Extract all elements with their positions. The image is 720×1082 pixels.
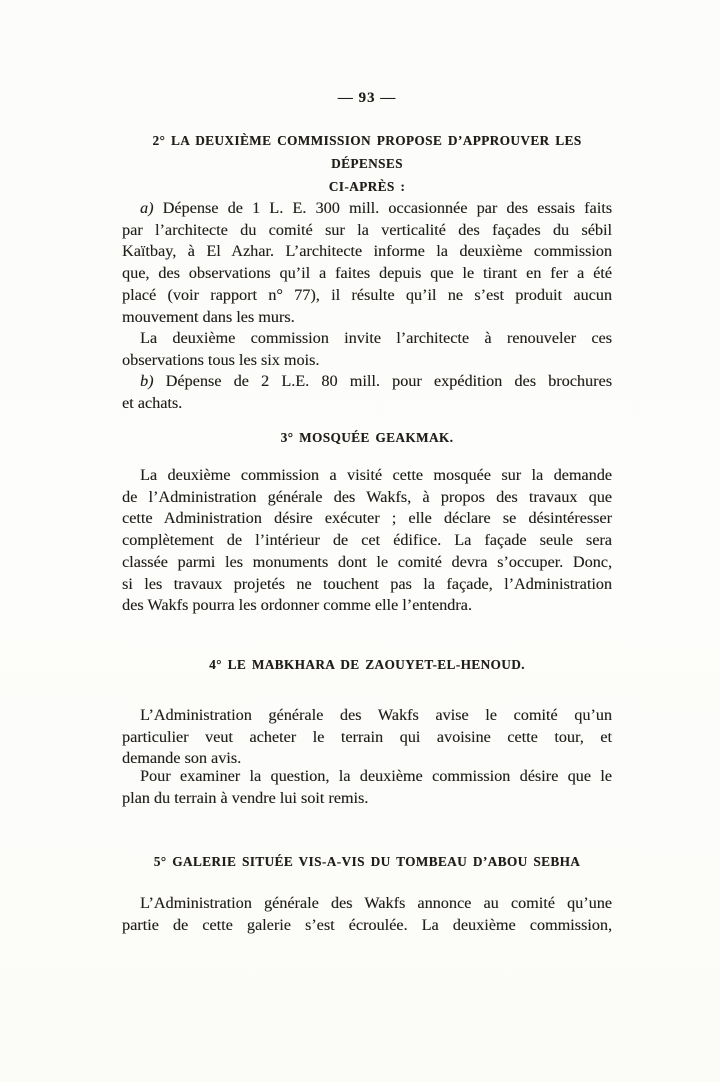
text-line: classée parmi les monuments dont le comi…: [122, 552, 612, 574]
text-line: particulier veut acheter le terrain qui …: [122, 727, 612, 749]
section-3-heading: 3° MOSQUÉE GEAKMAK.: [122, 426, 612, 449]
text-line: L’Administration générale des Wakfs anno…: [122, 893, 612, 915]
text-line: si les travaux projetés ne touchent pas …: [122, 574, 612, 596]
section-4-heading: 4° LE MABKHARA DE ZAOUYET-EL-HENOUD.: [122, 653, 612, 676]
text-line-rest: Dépense de 2 L.E. 80 mill. pour expéditi…: [153, 372, 612, 390]
paragraph-invite: La deuxième commission invite l’architec…: [122, 328, 612, 371]
item-marker-b: b): [140, 372, 153, 390]
text-line: des Wakfs pourra les ordonner comme elle…: [122, 595, 612, 617]
paragraph-galerie: L’Administration générale des Wakfs anno…: [122, 893, 612, 936]
paragraph-pour-examiner: Pour examiner la question, la deuxième c…: [122, 766, 612, 809]
text-line: mouvement dans les murs.: [122, 307, 612, 329]
text-line: placé (voir rapport n° 77), il résulte q…: [122, 285, 612, 307]
item-marker-a: a): [140, 199, 153, 217]
paragraph-mosquee: La deuxième commission a visité cette mo…: [122, 465, 612, 617]
text-line: que, des observations qu’il a faites dep…: [122, 263, 612, 285]
scanned-book-page: — 93 — 2° LA DEUXIÈME COMMISSION PROPOSE…: [0, 0, 720, 1082]
paragraph-item-a: a) Dépense de 1 L. E. 300 mill. occasion…: [122, 198, 612, 328]
text-line-rest: Dépense de 1 L. E. 300 mill. occasionnée…: [153, 199, 612, 217]
text-line: a) Dépense de 1 L. E. 300 mill. occasion…: [122, 198, 612, 220]
section-2-heading: 2° LA DEUXIÈME COMMISSION PROPOSE D’APPR…: [122, 129, 612, 198]
text-line: b) Dépense de 2 L.E. 80 mill. pour expéd…: [122, 371, 612, 393]
text-line: L’Administration générale des Wakfs avis…: [122, 705, 612, 727]
section-5-heading: 5° GALERIE SITUÉE VIS-A-VIS DU TOMBEAU D…: [122, 850, 612, 873]
section-2-heading-line-2: CI-APRÈS :: [122, 175, 612, 198]
text-line: cette Administration désire exécuter ; e…: [122, 508, 612, 530]
text-line: observations tous les six mois.: [122, 350, 612, 372]
paragraph-item-b: b) Dépense de 2 L.E. 80 mill. pour expéd…: [122, 371, 612, 414]
text-line: Pour examiner la question, la deuxième c…: [122, 766, 612, 788]
text-line: La deuxième commission invite l’architec…: [122, 328, 612, 350]
text-line: Kaïtbay, à El Azhar. L’architecte inform…: [122, 241, 612, 263]
text-line: partie de cette galerie s’est écroulée. …: [122, 915, 612, 937]
text-line: plan du terrain à vendre lui soit remis.: [122, 788, 612, 810]
text-line: et achats.: [122, 393, 612, 415]
text-line: par l’architecte du comité sur la vertic…: [122, 220, 612, 242]
text-line: complètement de l’intérieur de cet édifi…: [122, 530, 612, 552]
paragraph-wakfs-avise: L’Administration générale des Wakfs avis…: [122, 705, 612, 770]
page-number: — 93 —: [122, 87, 612, 109]
text-line: de l’Administration générale des Wakfs, …: [122, 487, 612, 509]
text-line: La deuxième commission a visité cette mo…: [122, 465, 612, 487]
section-2-heading-line-1: 2° LA DEUXIÈME COMMISSION PROPOSE D’APPR…: [122, 129, 612, 175]
